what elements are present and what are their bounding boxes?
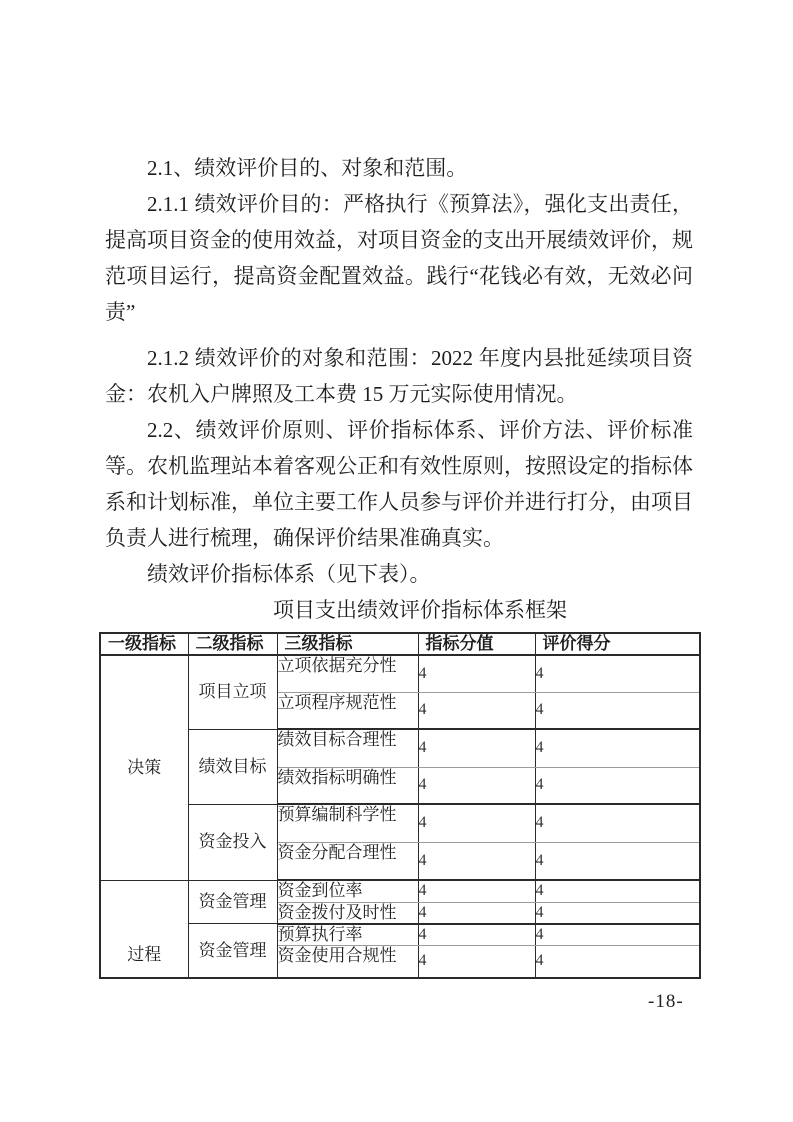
- value-cell: 4: [418, 729, 535, 767]
- level1-cell: 决策: [100, 655, 188, 880]
- table-row: 绩效目标 绩效目标合理性 4 4: [100, 729, 700, 767]
- level3-cell: 资金到位率: [277, 880, 418, 902]
- document-body: 2.1、绩效评价目的、对象和范围。 2.1.1 绩效评价目的：严格执行《预算法》…: [105, 150, 693, 979]
- value-cell: 4: [418, 655, 535, 692]
- table-row: 过程 资金管理 资金到位率 4 4: [100, 880, 700, 902]
- paragraph-indicator-note: 绩效评价指标体系（见下表）。: [105, 556, 693, 592]
- table-row: 资金投入 预算编制科学性 4 4: [100, 804, 700, 842]
- page-number: -18-: [648, 991, 684, 1013]
- level3-cell: 立项依据充分性: [277, 655, 418, 692]
- value-cell: 4: [418, 842, 535, 880]
- value-cell: 4: [418, 880, 535, 902]
- header-level3: 三级指标: [277, 633, 418, 655]
- indicator-framework-table: 一级指标 二级指标 三级指标 指标分值 评价得分 决策 项目立项 立项依据充分性…: [99, 632, 701, 979]
- score-cell: 4: [535, 945, 700, 978]
- score-cell: 4: [535, 804, 700, 842]
- value-cell: 4: [418, 902, 535, 924]
- value-cell: 4: [418, 804, 535, 842]
- table-header-row: 一级指标 二级指标 三级指标 指标分值 评价得分: [100, 633, 700, 655]
- value-cell: 4: [418, 924, 535, 946]
- level2-cell: 资金管理: [188, 880, 277, 924]
- header-level1: 一级指标: [100, 633, 188, 655]
- score-cell: 4: [535, 767, 700, 804]
- level2-cell: 项目立项: [188, 655, 277, 729]
- level3-cell: 预算编制科学性: [277, 804, 418, 842]
- value-cell: 4: [418, 692, 535, 729]
- level2-cell: 资金管理: [188, 924, 277, 979]
- score-cell: 4: [535, 692, 700, 729]
- level3-cell: 绩效目标合理性: [277, 729, 418, 767]
- table-row: 资金管理 预算执行率 4 4: [100, 924, 700, 946]
- score-cell: 4: [535, 902, 700, 924]
- level2-cell: 绩效目标: [188, 729, 277, 804]
- level2-cell: 资金投入: [188, 804, 277, 880]
- document-page: 2.1、绩效评价目的、对象和范围。 2.1.1 绩效评价目的：严格执行《预算法》…: [0, 0, 793, 1122]
- table-row: 决策 项目立项 立项依据充分性 4 4: [100, 655, 700, 692]
- level3-cell: 资金使用合规性: [277, 945, 418, 978]
- paragraph-2-2: 2.2、绩效评价原则、评价指标体系、评价方法、评价标准等。农机监理站本着客观公正…: [105, 412, 693, 556]
- paragraph-2-1: 2.1、绩效评价目的、对象和范围。: [105, 150, 693, 186]
- level3-cell: 立项程序规范性: [277, 692, 418, 729]
- level1-cell: 过程: [100, 880, 188, 978]
- level3-cell: 预算执行率: [277, 924, 418, 946]
- score-cell: 4: [535, 880, 700, 902]
- score-cell: 4: [535, 924, 700, 946]
- level3-cell: 资金拨付及时性: [277, 902, 418, 924]
- score-cell: 4: [535, 729, 700, 767]
- score-cell: 4: [535, 655, 700, 692]
- paragraph-2-1-1: 2.1.1 绩效评价目的：严格执行《预算法》，强化支出责任，提高项目资金的使用效…: [105, 186, 693, 330]
- header-score: 评价得分: [535, 633, 700, 655]
- value-cell: 4: [418, 767, 535, 804]
- level3-cell: 资金分配合理性: [277, 842, 418, 880]
- score-cell: 4: [535, 842, 700, 880]
- header-level2: 二级指标: [188, 633, 277, 655]
- table-title: 项目支出绩效评价指标体系框架: [105, 592, 693, 628]
- value-cell: 4: [418, 945, 535, 978]
- paragraph-2-1-2: 2.1.2 绩效评价的对象和范围：2022 年度内县批延续项目资金：农机入户牌照…: [105, 340, 693, 412]
- level3-cell: 绩效指标明确性: [277, 767, 418, 804]
- header-value: 指标分值: [418, 633, 535, 655]
